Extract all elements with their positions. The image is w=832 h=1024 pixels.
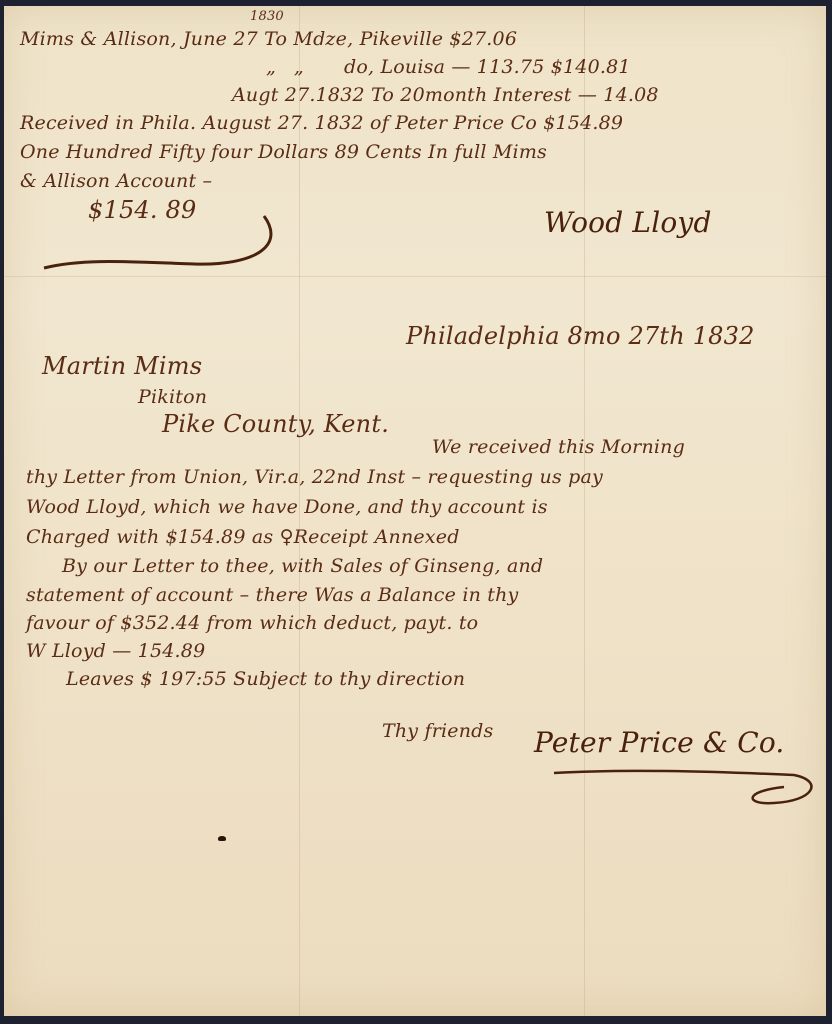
letter-body-line: We received this Morning xyxy=(432,436,685,458)
ditto-marks: „ „ xyxy=(266,56,310,78)
receipt-line-4: Received in Phila. August 27. 1832 of Pe… xyxy=(20,112,623,134)
receipt-line-6: & Allison Account – xyxy=(20,170,212,192)
letter-body-line: Charged with $154.89 as ♀Receipt Annexed xyxy=(26,526,460,548)
fold-line xyxy=(4,276,826,277)
document-page: 1830 Mims & Allison, June 27 To Mdze, Pi… xyxy=(4,6,826,1016)
recipient-name: Martin Mims xyxy=(42,352,202,380)
receipt-line-5: One Hundred Fifty four Dollars 89 Cents … xyxy=(20,141,547,163)
signature-flourish-icon xyxy=(544,761,824,821)
letter-body-line: Leaves $ 197:55 Subject to thy direction xyxy=(66,668,465,690)
year-note: 1830 xyxy=(250,9,284,24)
letter-body-line: W Lloyd — 154.89 xyxy=(26,640,205,662)
letter-body-line: By our Letter to thee, with Sales of Gin… xyxy=(62,555,543,577)
receipt-line-2: do, Louisa — 113.75 $140.81 xyxy=(344,56,631,78)
recipient-county: Pike County, Kent. xyxy=(162,410,389,438)
letter-dateline: Philadelphia 8mo 27th 1832 xyxy=(406,322,755,350)
letter-body-line: favour of $352.44 from which deduct, pay… xyxy=(26,612,478,634)
fold-line xyxy=(584,6,585,1016)
letter-signature: Peter Price & Co. xyxy=(534,726,785,759)
receipt-line-1: Mims & Allison, June 27 To Mdze, Pikevil… xyxy=(20,28,517,50)
flourish-icon xyxy=(24,206,284,276)
recipient-town: Pikiton xyxy=(138,386,207,408)
letter-body-line: thy Letter from Union, Vir.a, 22nd Inst … xyxy=(26,466,603,488)
letter-body-line: Wood Lloyd, which we have Done, and thy … xyxy=(26,496,548,518)
receipt-signature: Wood Lloyd xyxy=(544,206,712,239)
receipt-line-3: Augt 27.1832 To 20month Interest — 14.08 xyxy=(232,84,659,106)
letter-body-line: statement of account – there Was a Balan… xyxy=(26,584,518,606)
ink-blot xyxy=(218,836,226,841)
letter-closing: Thy friends xyxy=(382,720,493,742)
